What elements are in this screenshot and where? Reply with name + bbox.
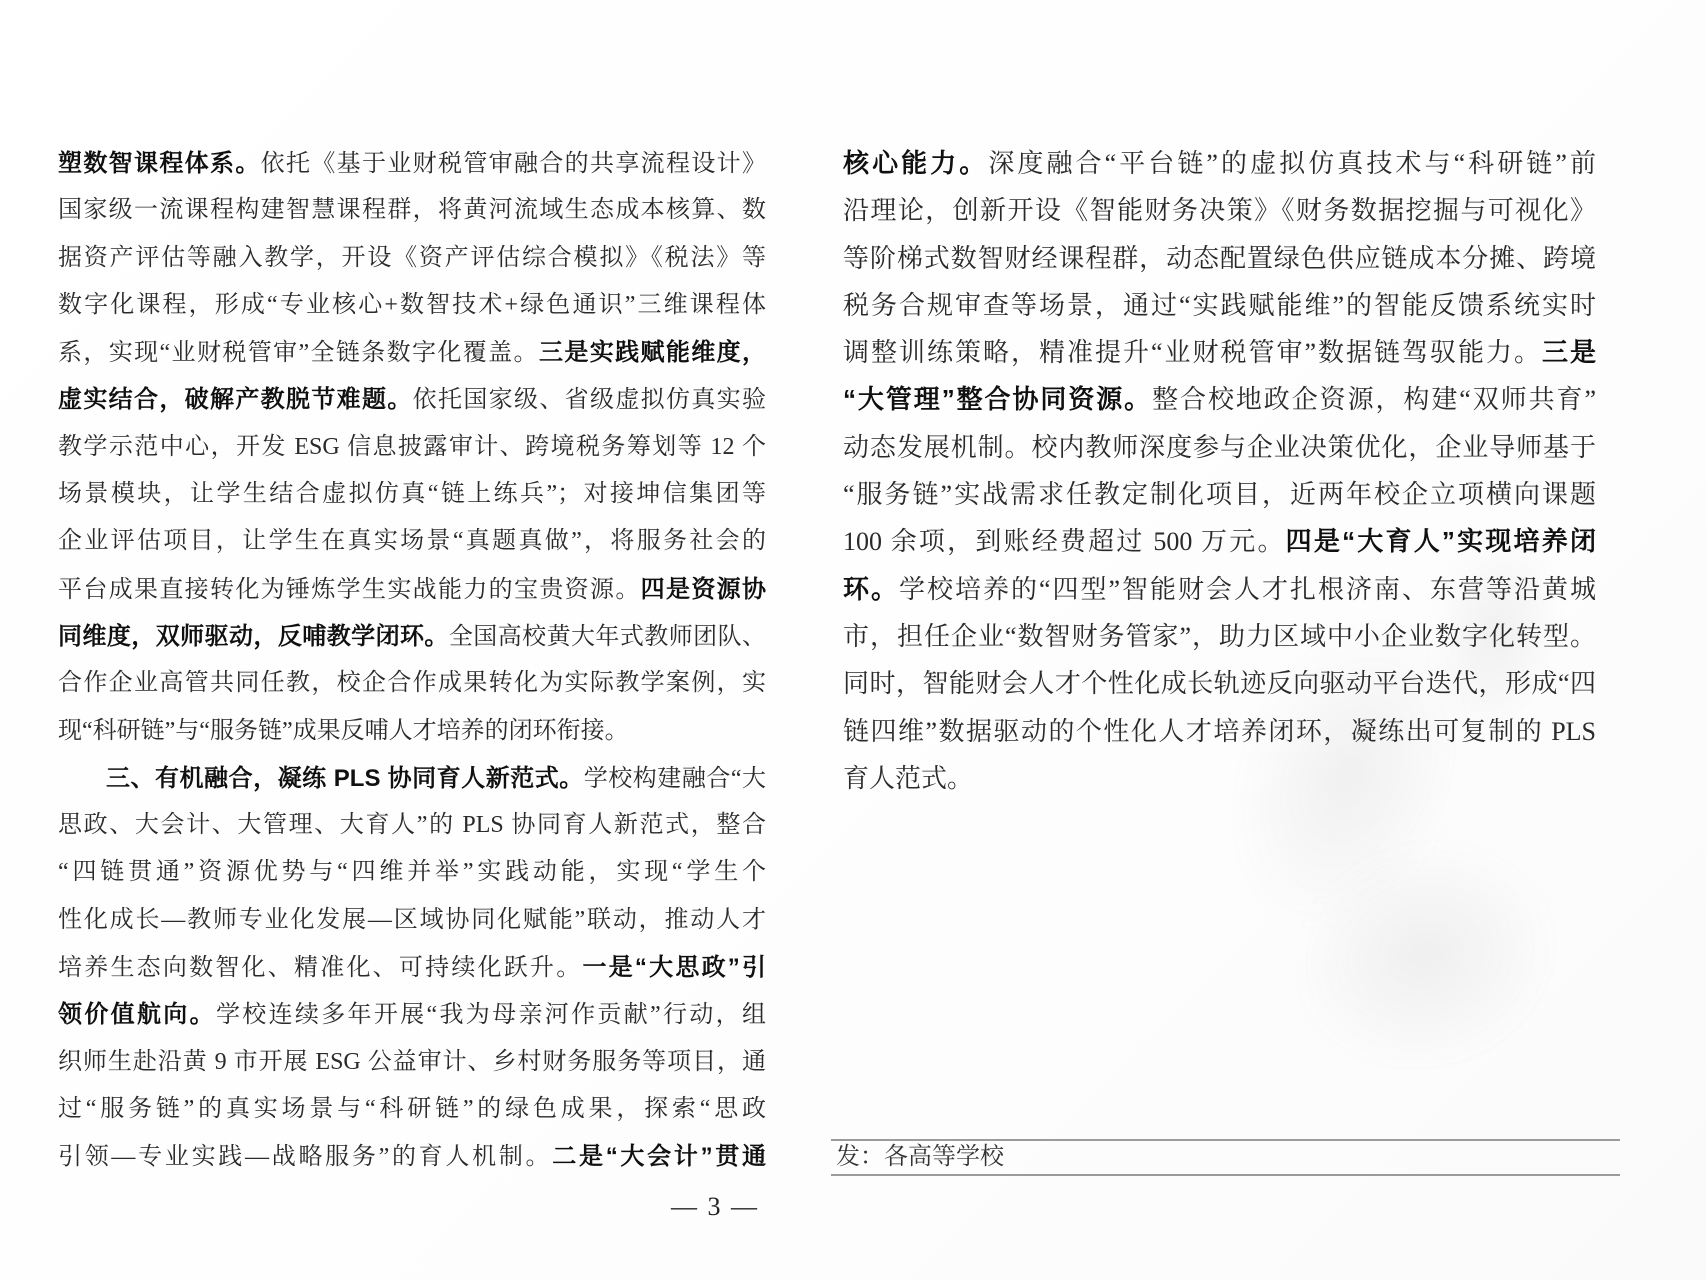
text-segment: “四链贯通”资源优势与“四维并举”实践动能，实现“学生个 [58,859,766,885]
bold-text-segment: 塑数智课程体系。 [58,150,261,177]
distribution-note: 发：各高等学校 [831,1139,1620,1176]
bold-text-segment: 环。 [843,574,899,604]
text-segment: 平台成果直接转化为锤炼学生实战能力的宝贵资源。 [58,577,641,603]
text-segment: 市，担任企业“数智财务管家”，助力区域中小企业数字化转型。 [843,622,1596,651]
text-segment: 现“科研链”与“服务链”成果反哺人才培养的闭环衔接。 [58,718,629,744]
right-text-column: 核心能力。深度融合“平台链”的虚拟仿真技术与“科研链”前沿理论，创新开设《智能财… [843,140,1596,802]
text-line: 据资产评估等融入教学，开设《资产评估综合模拟》《税法》等 [58,235,766,282]
bold-text-segment: 四是“大育人”实现培养闭 [1286,526,1596,556]
text-line: 现“科研链”与“服务链”成果反哺人才培养的闭环衔接。 [58,708,766,755]
text-segment: 链四维”数据驱动的个性化人才培养闭环，凝练出可复制的 PLS [843,717,1596,746]
text-line: 织师生赴沿黄 9 市开展 ESG 公益审计、乡村财务服务等项目，通 [58,1039,766,1086]
left-text-column: 塑数智课程体系。依托《基于业财税管审融合的共享流程设计》国家级一流课程构建智慧课… [58,140,766,1181]
text-line: 国家级一流课程构建智慧课程群，将黄河流域生态成本核算、数 [58,187,766,234]
text-line: 同时，智能财会人才个性化成长轨迹反向驱动平台迭代，形成“四 [843,660,1596,707]
text-segment: 合作企业高管共同任教，校企合作成果转化为实际教学案例，实 [58,670,766,696]
text-line: 链四维”数据驱动的个性化人才培养闭环，凝练出可复制的 PLS [843,708,1596,755]
text-line: 育人范式。 [843,755,1596,802]
scan-smudge [1264,807,1587,1103]
text-line: 系，实现“业财税管审”全链条数字化覆盖。三是实践赋能维度， [58,329,766,376]
text-line: 环。学校培养的“四型”智能财会人才扎根济南、东营等沿黄城 [843,566,1596,613]
bold-text-segment: 三是 [1542,337,1596,367]
text-line: 塑数智课程体系。依托《基于业财税管审融合的共享流程设计》 [58,140,766,187]
text-segment: 沿理论，创新开设《智能财务决策》《财务数据挖掘与可视化》 [843,196,1596,225]
text-segment: 同时，智能财会人才个性化成长轨迹反向驱动平台迭代，形成“四 [843,669,1596,698]
text-segment: 企业评估项目，让学生在真实场景“真题真做”，将服务社会的 [58,528,766,554]
text-line: 市，担任企业“数智财务管家”，助力区域中小企业数字化转型。 [843,613,1596,660]
text-segment: 税务合规审查等场景，通过“实践赋能维”的智能反馈系统实时 [843,291,1596,320]
text-segment: “服务链”实战需求任教定制化项目，近两年校企立项横向课题 [843,480,1596,509]
text-segment: 深度融合“平台链”的虚拟仿真技术与“科研链”前 [988,149,1596,178]
page-number: — 3 — [640,1192,790,1222]
text-line: 培养生态向数智化、精准化、可持续化跃升。一是“大思政”引 [58,944,766,991]
bold-text-segment: 三、有机融合，凝练 PLS 协同育人新范式。 [106,765,584,792]
text-segment: 育人范式。 [843,764,973,793]
text-line: 性化成长—教师专业化发展—区域协同化赋能”联动，推动人才 [58,897,766,944]
bold-text-segment: “大管理”整合协同资源。 [843,384,1152,414]
text-line: 数字化课程，形成“专业核心+数智技术+绿色通识”三维课程体 [58,282,766,329]
distribution-label: 发：各高等学校 [836,1144,1004,1170]
text-line: 合作企业高管共同任教，校企合作成果转化为实际教学案例，实 [58,660,766,707]
text-line: 过“服务链”的真实场景与“科研链”的绿色成果，探索“思政 [58,1086,766,1133]
text-segment: 数字化课程，形成“专业核心+数智技术+绿色通识”三维课程体 [58,292,766,318]
bold-text-segment: 四是资源协 [641,576,766,603]
text-line: 等阶梯式数智财经课程群，动态配置绿色供应链成本分摊、跨境 [843,235,1596,282]
text-line: “大管理”整合协同资源。整合校地政企资源，构建“双师共育” [843,376,1596,423]
text-line: 思政、大会计、大管理、大育人”的 PLS 协同育人新范式，整合 [58,802,766,849]
bold-text-segment: 领价值航向。 [58,1001,216,1028]
text-line: 税务合规审查等场景，通过“实践赋能维”的智能反馈系统实时 [843,282,1596,329]
text-segment: 场景模块，让学生结合虚拟仿真“链上练兵”；对接坤信集团等 [58,481,766,507]
text-segment: 思政、大会计、大管理、大育人”的 PLS 协同育人新范式，整合 [58,812,766,838]
text-line: 引领—专业实践—战略服务”的育人机制。二是“大会计”贯通 [58,1133,766,1180]
text-segment: 等阶梯式数智财经课程群，动态配置绿色供应链成本分摊、跨境 [843,244,1596,273]
text-segment: 100 余项，到账经费超过 500 万元。 [843,527,1286,556]
text-line: 调整训练策略，精准提升“业财税管审”数据链驾驭能力。三是 [843,329,1596,376]
text-line: 教学示范中心，开发 ESG 信息披露审计、跨境税务筹划等 12 个 [58,424,766,471]
bold-text-segment: 虚实结合，破解产教脱节难题。 [58,386,413,413]
text-line: 虚实结合，破解产教脱节难题。依托国家级、省级虚拟仿真实验 [58,376,766,423]
text-segment: 国家级一流课程构建智慧课程群，将黄河流域生态成本核算、数 [58,197,766,223]
text-segment: 过“服务链”的真实场景与“科研链”的绿色成果，探索“思政 [58,1096,766,1122]
document-page: 塑数智课程体系。依托《基于业财税管审融合的共享流程设计》国家级一流课程构建智慧课… [0,0,1706,1280]
text-segment: 学校构建融合“大 [584,766,766,792]
text-segment: 全国高校黄大年式教师团队、 [449,624,766,650]
text-segment: 系，实现“业财税管审”全链条数字化覆盖。 [58,340,539,366]
text-line: 企业评估项目，让学生在真实场景“真题真做”，将服务社会的 [58,518,766,565]
text-segment: 整合校地政企资源，构建“双师共育” [1152,385,1596,414]
text-segment: 动态发展机制。校内教师深度参与企业决策优化，企业导师基于 [843,433,1596,462]
text-line: “服务链”实战需求任教定制化项目，近两年校企立项横向课题 [843,471,1596,518]
text-line: 核心能力。深度融合“平台链”的虚拟仿真技术与“科研链”前 [843,140,1596,187]
bold-text-segment: 同维度，双师驱动，反哺教学闭环。 [58,623,449,650]
text-segment: 据资产评估等融入教学，开设《资产评估综合模拟》《税法》等 [58,245,766,271]
text-segment: 依托国家级、省级虚拟仿真实验 [413,387,766,413]
bold-text-segment: 三是实践赋能维度， [539,339,766,366]
text-segment: 依托《基于业财税管审融合的共享流程设计》 [261,151,766,177]
text-segment: 引领—专业实践—战略服务”的育人机制。 [58,1144,552,1170]
text-segment: 学校培养的“四型”智能财会人才扎根济南、东营等沿黄城 [899,575,1596,604]
text-segment: 调整训练策略，精准提升“业财税管审”数据链驾驭能力。 [843,338,1542,367]
text-line: 沿理论，创新开设《智能财务决策》《财务数据挖掘与可视化》 [843,187,1596,234]
bold-text-segment: 二是“大会计”贯通 [552,1143,766,1170]
text-line: 平台成果直接转化为锤炼学生实战能力的宝贵资源。四是资源协 [58,566,766,613]
text-line: 领价值航向。学校连续多年开展“我为母亲河作贡献”行动，组 [58,991,766,1038]
text-line: “四链贯通”资源优势与“四维并举”实践动能，实现“学生个 [58,849,766,896]
text-segment: 学校连续多年开展“我为母亲河作贡献”行动，组 [216,1002,766,1028]
bold-text-segment: 一是“大思政”引 [582,954,766,981]
text-segment: 培养生态向数智化、精准化、可持续化跃升。 [58,955,582,981]
text-line: 三、有机融合，凝练 PLS 协同育人新范式。学校构建融合“大 [58,755,766,802]
text-segment: 性化成长—教师专业化发展—区域协同化赋能”联动，推动人才 [58,907,766,933]
bold-text-segment: 核心能力。 [843,148,988,178]
text-line: 100 余项，到账经费超过 500 万元。四是“大育人”实现培养闭 [843,518,1596,565]
text-line: 场景模块，让学生结合虚拟仿真“链上练兵”；对接坤信集团等 [58,471,766,518]
text-line: 动态发展机制。校内教师深度参与企业决策优化，企业导师基于 [843,424,1596,471]
text-line: 同维度，双师驱动，反哺教学闭环。全国高校黄大年式教师团队、 [58,613,766,660]
text-segment: 织师生赴沿黄 9 市开展 ESG 公益审计、乡村财务服务等项目，通 [58,1049,766,1075]
text-segment: 教学示范中心，开发 ESG 信息披露审计、跨境税务筹划等 12 个 [58,434,766,460]
